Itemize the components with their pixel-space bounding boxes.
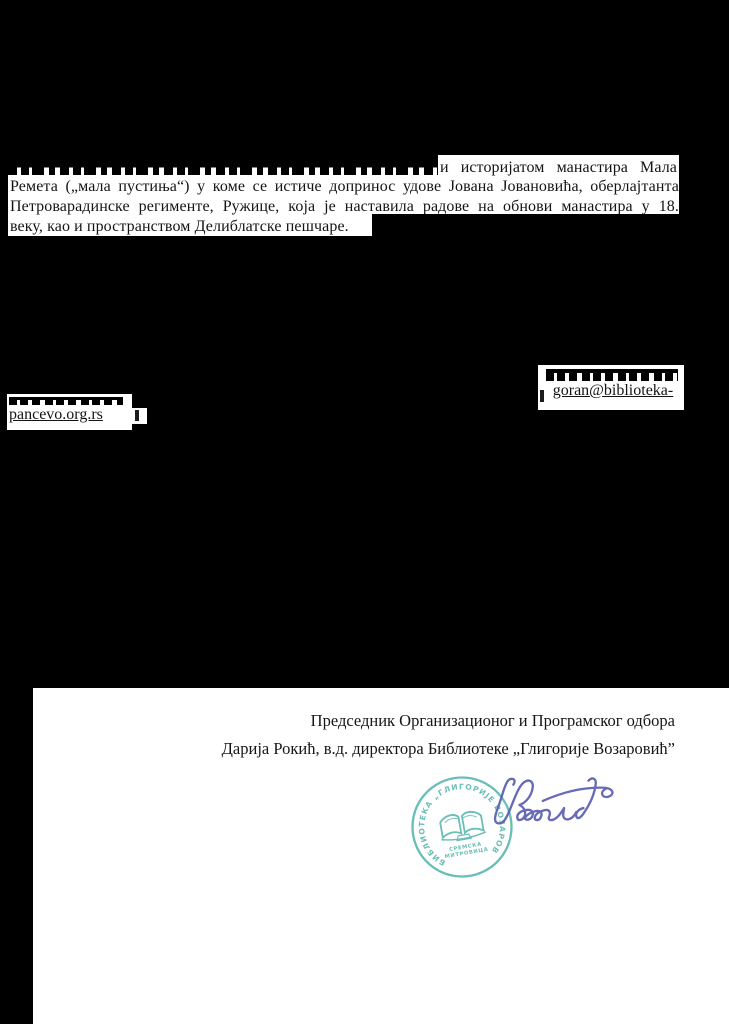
- paragraph-line-2: Ремета („мала пустиња“) у коме се истиче…: [10, 177, 679, 197]
- redaction-bar: [8, 155, 438, 175]
- signature-stroke-ascender: [576, 779, 596, 819]
- signature-area-paper: Председник Организационог и Програмског …: [33, 688, 729, 1024]
- email-paper-fragment-left: pancevo.org.rs: [7, 394, 132, 430]
- handwritten-signature: [490, 774, 622, 834]
- signature-stroke-main: [495, 779, 576, 824]
- email-link-line1[interactable]: goran@biblioteka-: [544, 381, 682, 401]
- email-link-line2[interactable]: pancevo.org.rs: [9, 405, 103, 425]
- email-paper-fragment-right: goran@biblioteka-: [538, 365, 684, 410]
- signature-stroke-flourish: [543, 788, 613, 801]
- redaction-remnant: [135, 410, 139, 421]
- signatory-title: Председник Организационог и Програмског …: [175, 711, 675, 731]
- paragraph-line-4: веку, као и пространством Делиблатске пе…: [10, 217, 410, 237]
- open-book-icon: [437, 810, 486, 844]
- paper-nub: [132, 408, 147, 424]
- signatory-name: Дарија Рокић, в.д. директора Библиотеке …: [175, 739, 675, 759]
- paragraph-paper-fragment: и историјатом манастира Мала Ремета („ма…: [8, 155, 679, 236]
- redaction-block: [372, 214, 679, 236]
- paragraph-line-1: и историјатом манастира Мала: [440, 158, 677, 178]
- redaction-bar: [546, 369, 678, 381]
- document-page: и историјатом манастира Мала Ремета („ма…: [0, 0, 729, 1024]
- redaction-bar: [9, 397, 123, 405]
